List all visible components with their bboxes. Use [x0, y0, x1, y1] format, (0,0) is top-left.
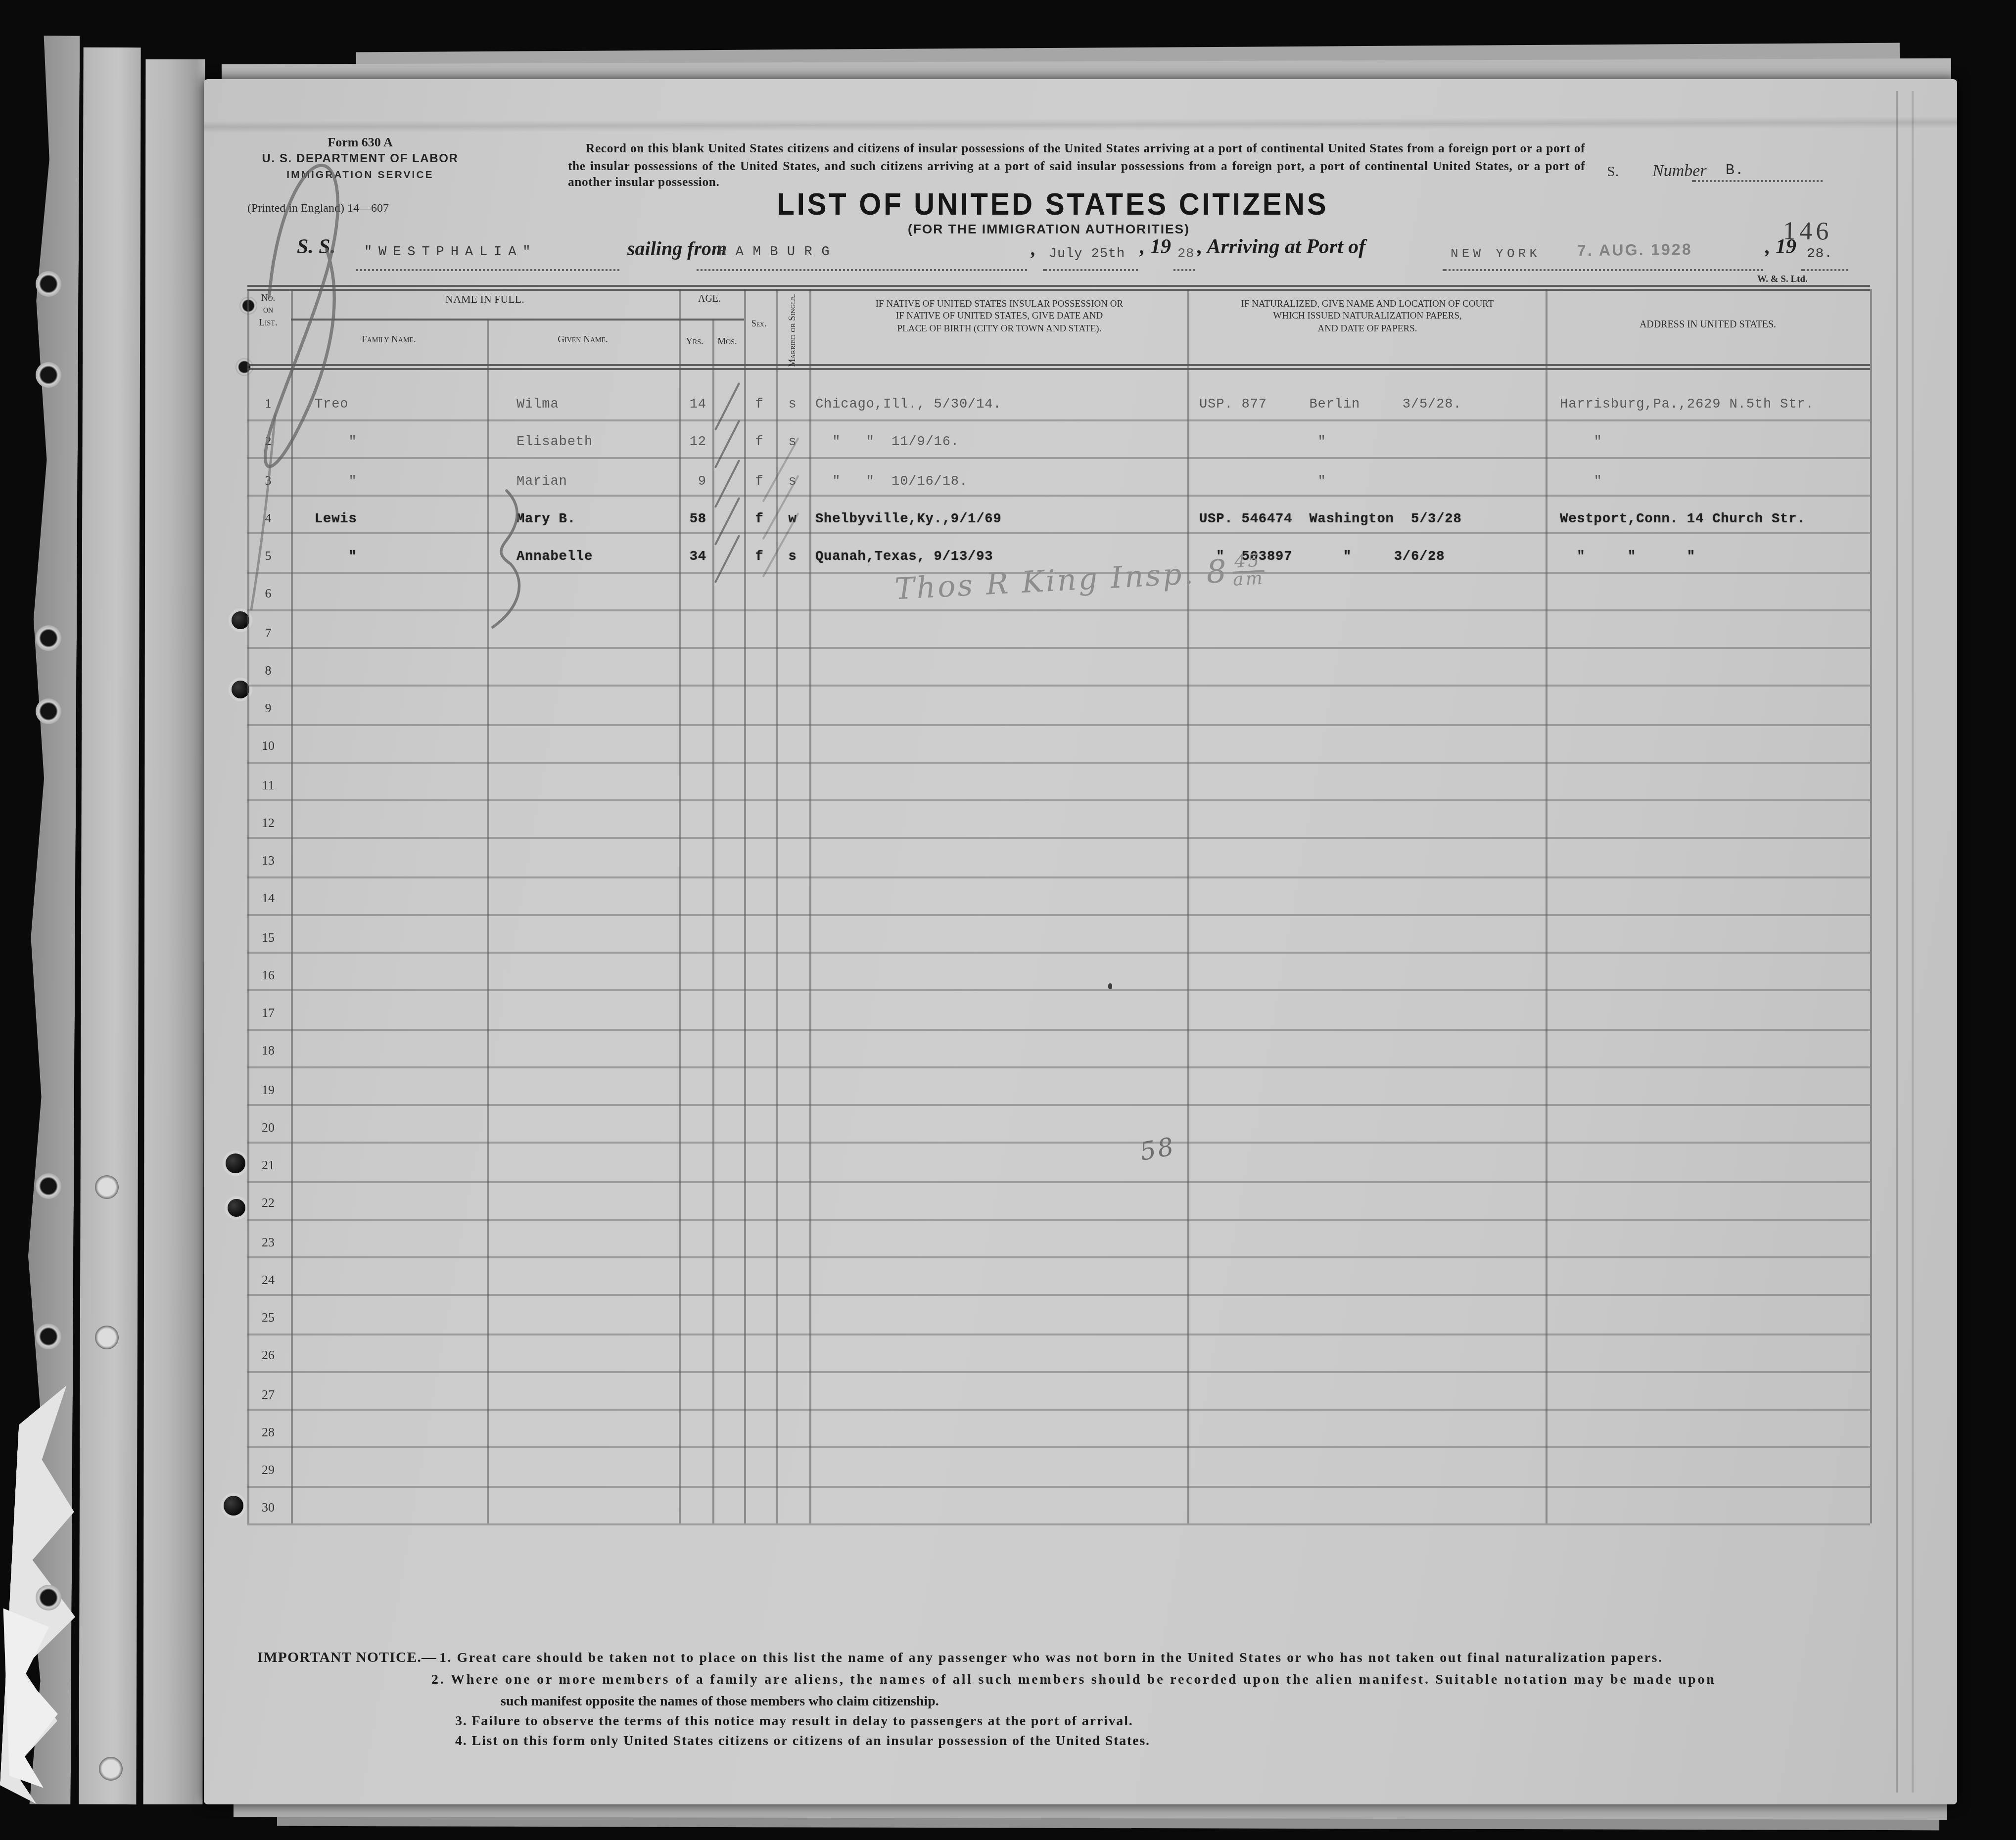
- pencil-tally: 58: [1137, 1131, 1177, 1166]
- row-number: 16: [249, 969, 287, 985]
- cell-age-years: 12: [679, 436, 706, 452]
- row-rule-line: [246, 1485, 1870, 1487]
- important-notice-item: 3. Failure to observe the terms of this …: [455, 1713, 1133, 1729]
- handwritten-brace: [481, 489, 532, 631]
- pencil-check-slash: [714, 535, 741, 583]
- col-header-mos: Mos.: [712, 336, 743, 349]
- inspection-time-fraction: 45am: [1232, 554, 1265, 589]
- cell-age-years: 14: [679, 398, 706, 414]
- cell-age-years: 34: [679, 550, 706, 566]
- row-rule-line: [246, 1523, 1870, 1525]
- row-number: 15: [249, 931, 287, 947]
- row-rule-line: [246, 1371, 1870, 1373]
- row-number: 13: [249, 855, 287, 871]
- scanned-manifest-photo: Form 630 A U. S. DEPARTMENT OF LABOR IMM…: [0, 0, 2016, 1840]
- table-border-line: [246, 289, 1870, 291]
- row-number: 27: [249, 1388, 287, 1404]
- cell-birth-place-date: Quanah,Texas, 9/13/93: [815, 550, 993, 566]
- row-rule-line: [246, 875, 1870, 877]
- row-number: 21: [249, 1159, 287, 1175]
- row-rule-line: [246, 418, 1870, 420]
- important-notice-item: 2. Where one or more members of a family…: [431, 1672, 1716, 1688]
- cell-given-name: Wilma: [516, 398, 559, 414]
- row-rule-line: [246, 837, 1870, 839]
- cell-us-address: Westport,Conn. 14 Church Str.: [1551, 512, 1806, 528]
- cell-naturalization: USP. 546474 Washington 5/3/28: [1199, 512, 1462, 528]
- row-rule-line: [246, 457, 1870, 459]
- row-number: 22: [249, 1197, 287, 1213]
- row-rule-line: [246, 914, 1870, 916]
- row-rule-line: [246, 990, 1870, 992]
- cell-naturalization: ": [1199, 436, 1326, 452]
- cell-us-address: Harrisburg,Pa.,2629 N.5th Str.: [1551, 398, 1814, 414]
- col-header-naturalization: IF NATURALIZED, GIVE NAME AND LOCATION O…: [1187, 299, 1546, 335]
- row-rule-line: [246, 761, 1870, 763]
- inspection-meridiem: am: [1232, 570, 1265, 589]
- column-line: [1870, 289, 1872, 1523]
- col-header-address: ADDRESS IN UNITED STATES.: [1546, 319, 1870, 331]
- cell-married-or-single: s: [776, 398, 809, 414]
- row-number: 30: [249, 1502, 287, 1518]
- cell-birth-place-date: " " 11/9/16.: [815, 436, 959, 452]
- cell-sex: f: [743, 436, 776, 452]
- row-rule-line: [246, 1028, 1870, 1030]
- cell-given-name: Marian: [516, 474, 567, 490]
- row-rule-line: [246, 1142, 1870, 1144]
- column-line: [1546, 289, 1547, 1523]
- row-rule-line: [246, 1294, 1870, 1296]
- row-rule-line: [246, 723, 1870, 725]
- row-rule-line: [246, 799, 1870, 801]
- cell-naturalization: ": [1199, 474, 1326, 490]
- table-border-line: [246, 285, 1870, 287]
- cell-naturalization: USP. 877 Berlin 3/5/28.: [1199, 398, 1462, 414]
- row-number: 18: [249, 1045, 287, 1061]
- row-rule-line: [246, 647, 1870, 649]
- row-number: 11: [249, 779, 287, 794]
- row-rule-line: [246, 1218, 1870, 1220]
- important-notice-item: 1. Great care should be taken not to pla…: [439, 1650, 1663, 1666]
- col-header-yrs: Yrs.: [678, 336, 711, 349]
- row-number: 14: [249, 893, 287, 909]
- column-line: [1187, 289, 1189, 1523]
- col-header-age: AGE.: [677, 293, 742, 306]
- row-rule-line: [246, 1256, 1870, 1258]
- important-notice-item: 4. List on this form only United States …: [455, 1733, 1150, 1749]
- row-number: 19: [249, 1083, 287, 1099]
- cell-us-address: ": [1551, 474, 1602, 490]
- row-number: 8: [249, 664, 287, 680]
- row-number: 29: [249, 1464, 287, 1480]
- col-header-birth: IF NATIVE OF UNITED STATES INSULAR POSSE…: [809, 299, 1187, 335]
- column-line: [809, 289, 811, 1523]
- row-rule-line: [246, 1066, 1870, 1068]
- row-rule-line: [246, 952, 1870, 954]
- row-rule-line: [246, 1409, 1870, 1411]
- cell-married-or-single: s: [776, 550, 809, 566]
- col-header-married-or-single: Married or Single.: [786, 287, 797, 374]
- row-rule-line: [246, 1447, 1870, 1449]
- row-number: 12: [249, 817, 287, 832]
- cell-birth-place-date: " " 10/16/18.: [815, 474, 968, 490]
- pencil-scribble: [214, 115, 412, 629]
- column-line: [712, 318, 714, 1523]
- row-rule-line: [246, 685, 1870, 687]
- cell-age-years: 58: [679, 512, 706, 528]
- cell-us-address: " " ": [1551, 550, 1695, 566]
- table-border-line: [246, 364, 1870, 366]
- row-rule-line: [246, 1104, 1870, 1106]
- col-header-given-name: Given Name.: [486, 334, 679, 347]
- col-header-sex: Sex.: [743, 319, 775, 328]
- row-number: 28: [249, 1426, 287, 1442]
- cell-birth-place-date: Chicago,Ill., 5/30/14.: [815, 398, 1002, 414]
- row-number: 10: [249, 740, 287, 756]
- row-number: 20: [249, 1121, 287, 1137]
- important-notice-label: IMPORTANT NOTICE.—: [257, 1650, 437, 1666]
- row-number: 25: [249, 1312, 287, 1328]
- cell-sex: f: [743, 398, 776, 414]
- row-number: 9: [249, 702, 287, 718]
- row-number: 17: [249, 1007, 287, 1023]
- row-rule-line: [246, 1333, 1870, 1334]
- inspection-hour: 8: [1205, 552, 1229, 591]
- row-number: 23: [249, 1236, 287, 1251]
- cell-us-address: ": [1551, 436, 1602, 452]
- table-border-line: [246, 369, 1870, 371]
- cell-given-name: Elisabeth: [516, 436, 593, 452]
- row-rule-line: [246, 1180, 1870, 1182]
- cell-age-years: 9: [679, 474, 706, 490]
- row-number: 24: [249, 1274, 287, 1289]
- important-notice-item: such manifest opposite the names of thos…: [501, 1694, 939, 1709]
- row-number: 26: [249, 1350, 287, 1366]
- cell-birth-place-date: Shelbyville,Ky.,9/1/69: [815, 512, 1002, 528]
